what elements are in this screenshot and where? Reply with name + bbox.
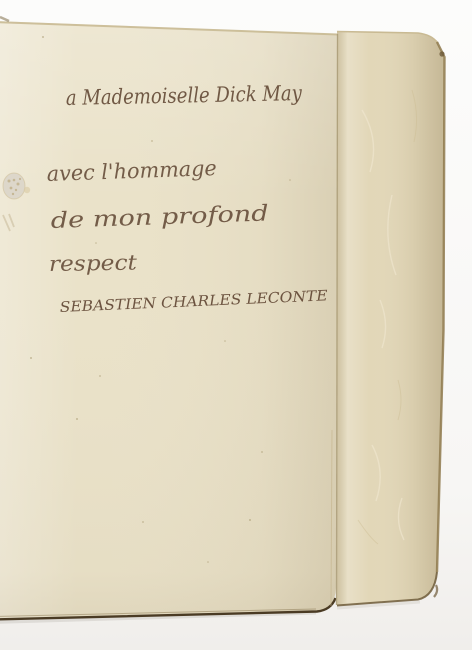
flyleaf-shading-v bbox=[0, 21, 338, 620]
inscription-line-4: respect bbox=[49, 250, 138, 276]
book-back-page-block bbox=[337, 31, 445, 606]
book-photo-canvas: a Mademoiselle Dick May avec l'hommage d… bbox=[0, 0, 472, 650]
book-photo: a Mademoiselle Dick May avec l'hommage d… bbox=[0, 0, 472, 650]
corner-wear-mark bbox=[439, 51, 444, 56]
back-page-shading bbox=[337, 31, 445, 606]
inscription-line-1: a Mademoiselle Dick May bbox=[66, 81, 303, 110]
book-flyleaf-page: a Mademoiselle Dick May avec l'hommage d… bbox=[0, 17, 338, 620]
